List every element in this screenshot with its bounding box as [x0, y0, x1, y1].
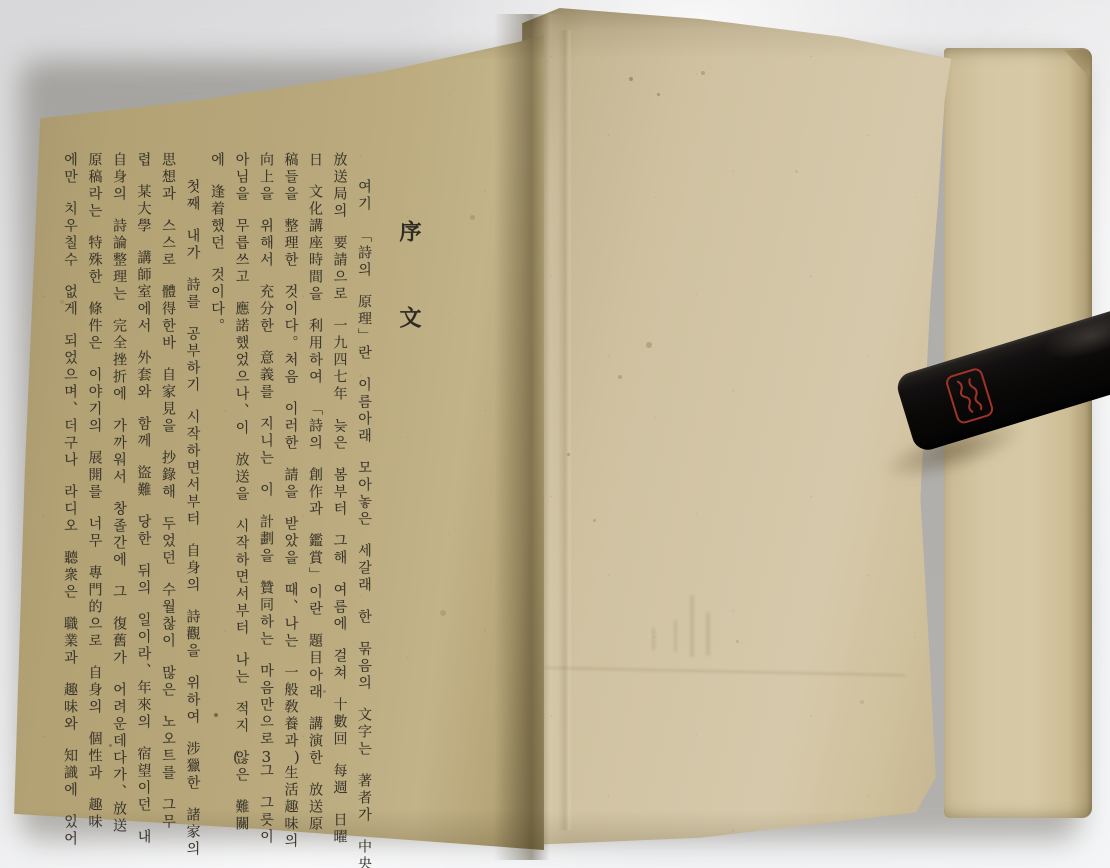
text-column-8: 첫째 내가 詩를 공부하기 시작하면서부터 自身의 詩觀을 위하여 涉獵한 諸家… [180, 152, 205, 792]
stain [60, 300, 64, 304]
show-through-text [706, 612, 710, 656]
dog-ear-fold [1064, 50, 1090, 78]
stain [470, 215, 475, 220]
stain [646, 342, 652, 348]
show-through-text [674, 620, 677, 652]
stain [323, 690, 326, 693]
text-column-7: 에 逢着했던 것이다。 [205, 152, 230, 792]
text-column-1: 여기 「詩의 原理」란 이름아래 모아놓은 세갈래 한 묶음의 文字는 著者가 … [352, 152, 377, 792]
stain [860, 700, 864, 704]
stain [629, 77, 633, 81]
book-gutter-shadow [494, 14, 566, 860]
page-title: 序文 [394, 220, 425, 440]
stain [795, 170, 798, 173]
show-through-text [690, 595, 694, 657]
stain [567, 453, 570, 456]
text-column-4: 稿들을 整理한 것이다。처음 이러한 請을 받았을 때、나는 一般敎養과 生活趣… [278, 152, 303, 792]
stain [618, 375, 622, 379]
stain [593, 519, 596, 522]
text-column-10: 렵 某大學 講師室에서 外套와 함께 盜難 당한 뒤의 일이라、年來의 宿望이던… [131, 152, 156, 792]
stain [701, 71, 705, 75]
paper-texture [520, 8, 960, 853]
preface-text-block: 여기 「詩의 原理」란 이름아래 모아놓은 세갈래 한 묶음의 文字는 著者가 … [57, 152, 376, 792]
text-column-3: 日 文化講座時間을 利用하여 「詩의 創作과 鑑賞」이란 題目아래 講演한 放送… [303, 152, 328, 792]
stain [109, 744, 112, 747]
right-page [520, 8, 960, 853]
text-column-5: 向上을 위해서 充分한 意義를 지니는 이 計劃을 贊同하는 마음만으로 그 그… [254, 152, 279, 792]
text-column-12: 原稿라는 特殊한 條件은 이야기의 展開를 너무 專門的으로 自身의 個性과 趣… [82, 152, 107, 792]
stain [657, 93, 660, 96]
text-column-9: 思想과 스스로 體得한바 自家見을 抄錄해 두었던 수월찮이 많은 노오트를 그… [156, 152, 181, 792]
photo-of-open-book: { "book": { "left_page": { "title": "序文"… [0, 0, 1110, 868]
stain [95, 174, 98, 177]
red-seal [944, 366, 995, 425]
stain [736, 640, 739, 643]
stain [440, 610, 446, 616]
stain [214, 713, 218, 717]
text-column-11: 自身의 詩論整理는 完全挫折에 가까워서 창졸간에 그 復舊가 어려운데다가、放… [107, 152, 132, 792]
seal-glyphs [949, 371, 990, 420]
show-through-text [652, 628, 655, 650]
text-column-6: 아님을 무릅쓰고 應諾했었으나、이 放送을 시작하면서부터 나는 적지 않은 難… [229, 152, 254, 792]
page-number: ( 3 ) [233, 748, 309, 766]
text-column-13: 에만 치우칠수 없게 되었으며、더구나 라디오 聽衆은 職業과 趣味와 知識에 … [58, 152, 83, 792]
text-column-2: 放送局의 要請으로 一九四七年 늦은 봄부터 그해 여름에 걸쳐 十數回 每週 … [327, 152, 352, 792]
